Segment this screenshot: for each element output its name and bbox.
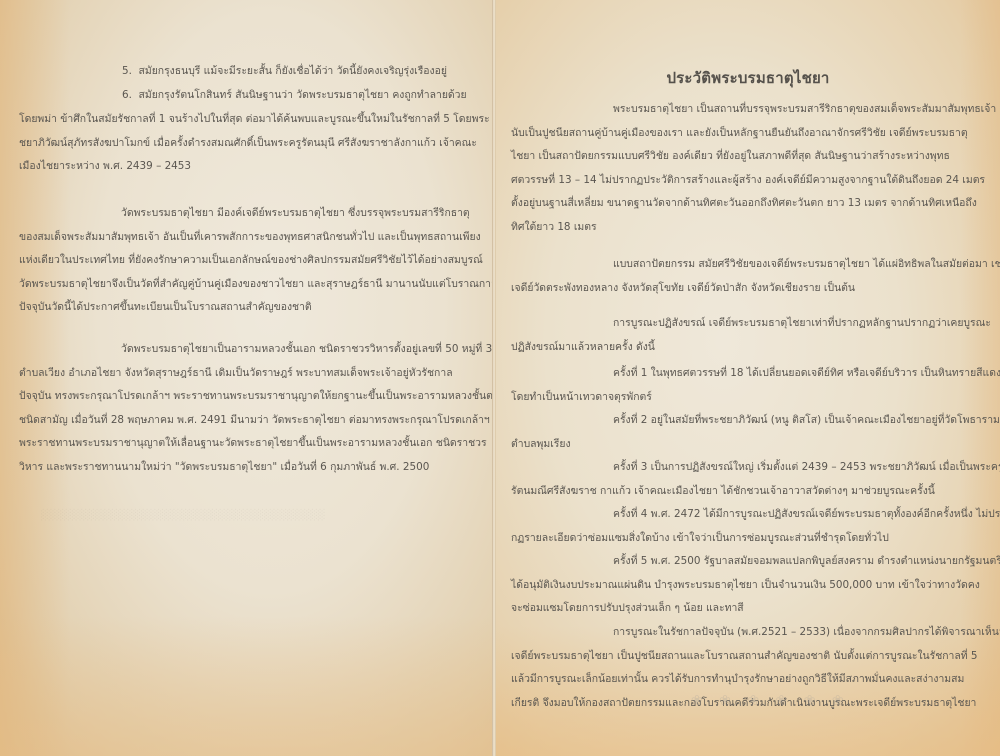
left-page: 5. สมัยกรุงธนบุรี แม้จะมีระยะสั้น ก็ยังเ…	[0, 0, 492, 756]
list-number: 6.	[122, 89, 132, 101]
right-page: ประวัติพระบรมธาตุไชยา พระบรมธาตุไชยา เป็…	[496, 0, 1000, 756]
paragraph-architecture: แบบสถาปัตยกรรม สมัยศรีวิชัยของเจดีย์พระบ…	[511, 253, 1000, 300]
restoration-item-2: ครั้งที่ 2 อยู่ในสมัยที่พระชยาภิวัฒน์ (ห…	[511, 409, 1000, 433]
restoration-item-4: ครั้งที่ 4 พ.ศ. 2472 ได้มีการบูรณะปฏิสัง…	[511, 503, 1000, 527]
paragraph-royal-status: วัดพระบรมธาตุไชยาเป็นอารามหลวงชั้นเอก ชน…	[19, 338, 492, 479]
list-item-line: 5. สมัยกรุงธนบุรี แม้จะมีระยะสั้น ก็ยังเ…	[122, 60, 447, 84]
restoration-item-5: ครั้งที่ 5 พ.ศ. 2500 รัฐบาลสมัยจอมพลแปลก…	[511, 550, 1000, 574]
paragraph-history-intro: พระบรมธาตุไชยา เป็นสถานที่บรรจุพระบรมสาร…	[511, 98, 996, 239]
list-item-6: 6. สมัยกรุงรัตนโกสินทร์ สันนิษฐานว่า วัด…	[122, 84, 467, 108]
restoration-item-1: ครั้งที่ 1 ในพุทธศตวรรษที่ 18 ได้เปลี่ยน…	[511, 362, 1000, 386]
open-book: 5. สมัยกรุงธนบุรี แม้จะมีระยะสั้น ก็ยังเ…	[0, 0, 1000, 756]
list-number: 5.	[122, 65, 132, 77]
restoration-list: ครั้งที่ 1 ในพุทธศตวรรษที่ 18 ได้เปลี่ยน…	[511, 362, 1000, 621]
restoration-item-3: ครั้งที่ 3 เป็นการปฏิสังขรณ์ใหญ่ เริ่มตั…	[511, 456, 1000, 480]
page-title: ประวัติพระบรมธาตุไชยา	[496, 66, 1000, 90]
paragraph-wat-description: วัดพระบรมธาตุไชยา มีองค์เจดีย์พระบรมธาตุ…	[19, 202, 492, 320]
bleed-through-text: ░░░░░░░░░░░░░░░░░░░░░░░░░░░░░░░░░░░░░	[40, 510, 325, 521]
list-item-6-continuation: โดยพม่า ข้าศึกในสมัยรัชกาลที่ 1 จนร้างไป…	[19, 108, 490, 179]
list-item-line: 6. สมัยกรุงรัตนโกสินทร์ สันนิษฐานว่า วัด…	[122, 84, 467, 108]
ornament-divider-icon: ❀ ❀ ❀ ❀ ❀ ❀	[691, 693, 850, 709]
paragraph-restoration-intro: การบูรณะปฏิสังขรณ์ เจดีย์พระบรมธาตุไชยาเ…	[511, 312, 991, 359]
list-item-5: 5. สมัยกรุงธนบุรี แม้จะมีระยะสั้น ก็ยังเ…	[122, 60, 447, 84]
